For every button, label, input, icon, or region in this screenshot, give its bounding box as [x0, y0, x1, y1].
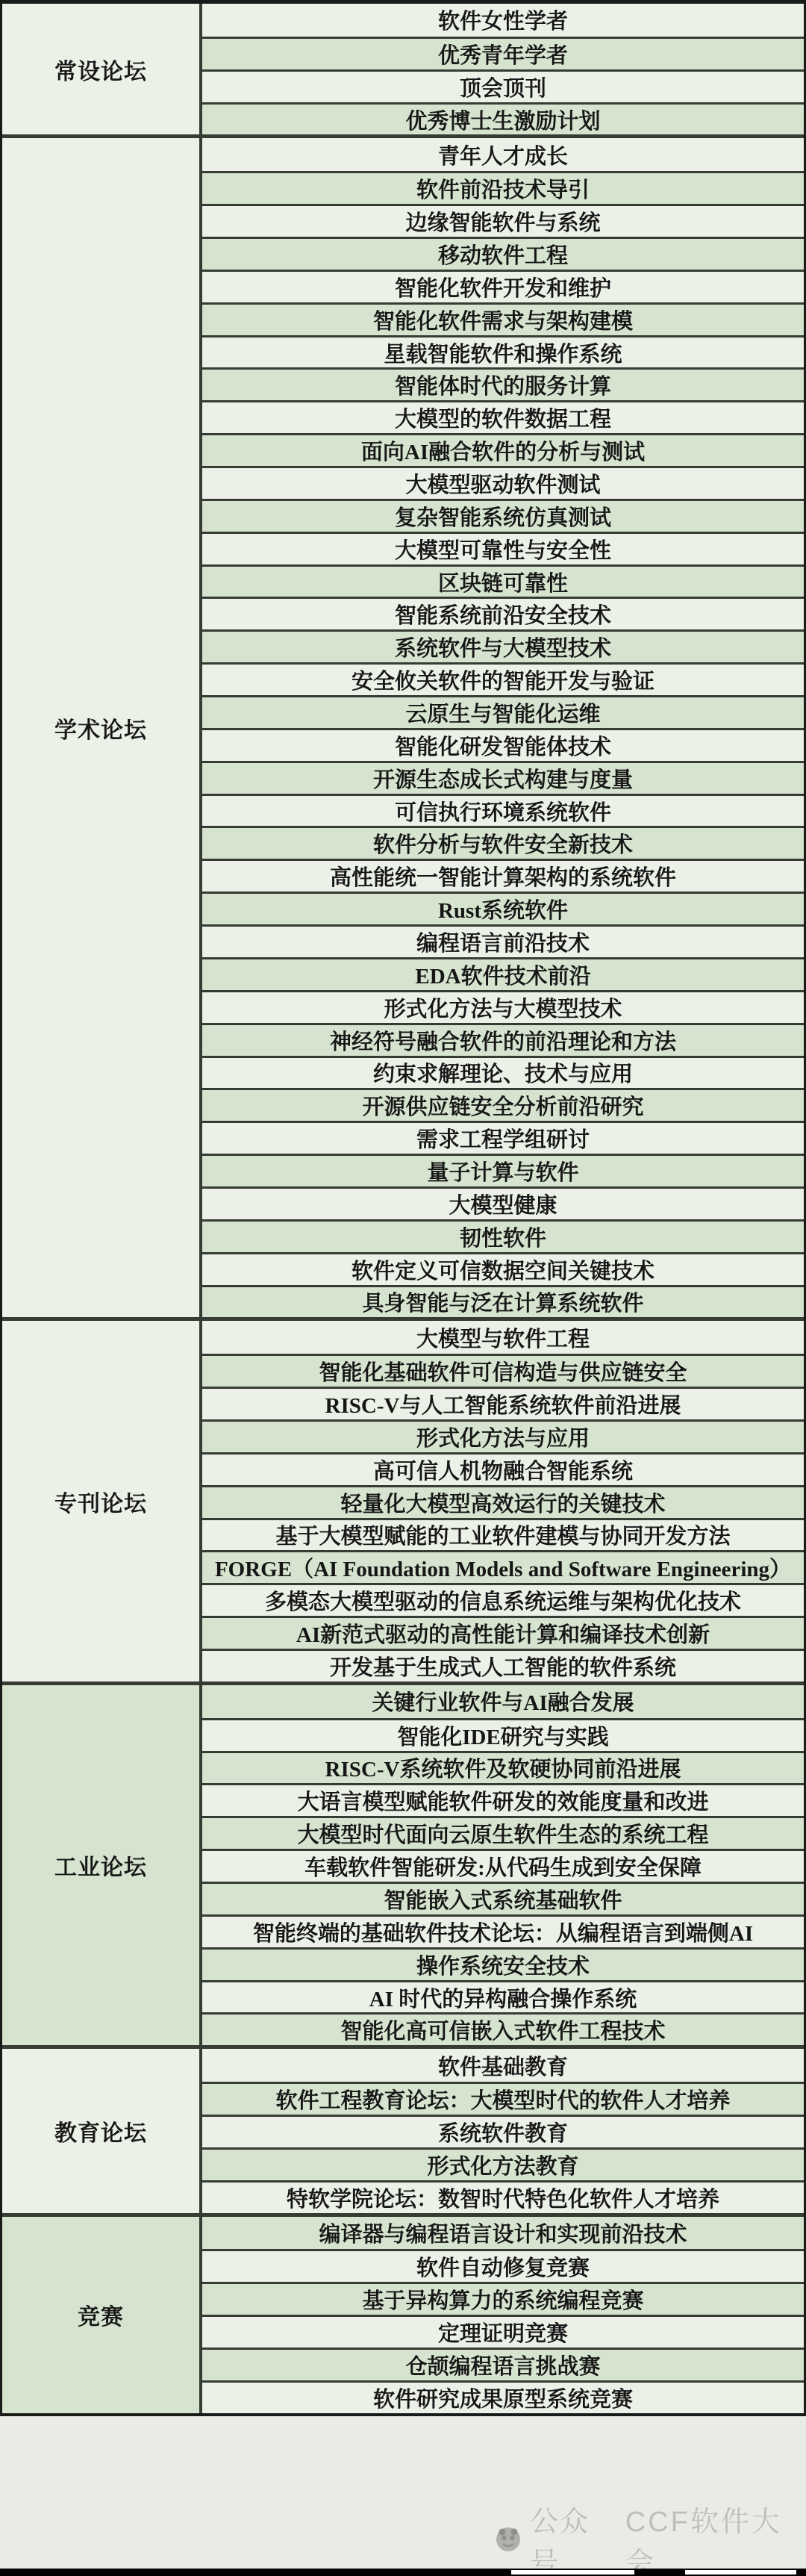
- forum-row: 大模型驱动软件测试: [202, 466, 804, 499]
- forum-row: 开源生态成长式构建与度量: [202, 761, 804, 794]
- forum-row: 星载智能软件和操作系统: [202, 335, 804, 368]
- forum-row: 软件定义可信数据空间关键技术: [202, 1252, 804, 1285]
- section-label: 竞赛: [2, 2217, 202, 2413]
- forum-row: 优秀青年学者: [202, 37, 804, 69]
- forum-section: 工业论坛关键行业软件与AI融合发展智能化IDE研究与实践RISC-V系统软件及软…: [2, 1681, 804, 2045]
- forum-row: 智能终端的基础软件技术论坛：从编程语言到端侧AI: [202, 1914, 804, 1947]
- watermark: 公众号 CCF软件大会: [496, 2522, 806, 2557]
- forum-row: 区块链可靠性: [202, 564, 804, 597]
- forum-row: 大模型时代面向云原生软件生态的系统工程: [202, 1816, 804, 1849]
- forum-row: 大模型的软件数据工程: [202, 400, 804, 433]
- forum-row: 定理证明竞赛: [202, 2315, 804, 2348]
- forum-row: 智能化高可信嵌入式软件工程技术: [202, 2012, 804, 2045]
- forum-row: 约束求解理论、技术与应用: [202, 1056, 804, 1089]
- forum-section: 常设论坛软件女性学者优秀青年学者顶会顶刊优秀博士生激励计划: [2, 4, 804, 134]
- forum-row: 需求工程学组研讨: [202, 1121, 804, 1154]
- forum-row: 具身智能与泛在计算系统软件: [202, 1285, 804, 1318]
- section-label: 专刊论坛: [2, 1321, 202, 1681]
- forum-row: 云原生与智能化运维: [202, 695, 804, 728]
- forum-row: 基于大模型赋能的工业软件建模与协同开发方法: [202, 1518, 804, 1551]
- forum-row: 大语言模型赋能软件研发的效能度量和改进: [202, 1783, 804, 1816]
- forum-row: 神经符号融合软件的前沿理论和方法: [202, 1023, 804, 1056]
- forum-row: 软件研究成果原型系统竞赛: [202, 2380, 804, 2413]
- wechat-official-account-icon: [496, 2527, 521, 2552]
- forum-row: 形式化方法与应用: [202, 1419, 804, 1452]
- forum-row: 仓颉编程语言挑战赛: [202, 2348, 804, 2380]
- forum-row: Rust系统软件: [202, 892, 804, 924]
- forum-row: 青年人才成长: [202, 138, 804, 171]
- forum-row: 编译器与编程语言设计和实现前沿技术: [202, 2217, 804, 2250]
- forum-row: 形式化方法教育: [202, 2147, 804, 2180]
- forum-row: 高可信人机物融合智能系统: [202, 1452, 804, 1485]
- forum-row: EDA软件技术前沿: [202, 957, 804, 990]
- watermark-brand-text: CCF软件大会: [625, 2498, 806, 2576]
- forum-row: 面向AI融合软件的分析与测试: [202, 433, 804, 466]
- forum-row: 系统软件与大模型技术: [202, 629, 804, 662]
- section-label: 学术论坛: [2, 138, 202, 1317]
- forum-row: 智能化基础软件可信构造与供应链安全: [202, 1354, 804, 1387]
- forum-row: 软件分析与软件安全新技术: [202, 826, 804, 859]
- forum-row: 操作系统安全技术: [202, 1947, 804, 1980]
- forum-row: 编程语言前沿技术: [202, 924, 804, 957]
- forum-row: 复杂智能系统仿真测试: [202, 499, 804, 532]
- forum-row: 安全攸关软件的智能开发与验证: [202, 662, 804, 695]
- bottom-bar-segment: [511, 2570, 634, 2575]
- forum-row: 软件基础教育: [202, 2049, 804, 2082]
- forum-row: 开发基于生成式人工智能的软件系统: [202, 1649, 804, 1681]
- forum-row: 关键行业软件与AI融合发展: [202, 1685, 804, 1718]
- forum-row: 软件女性学者: [202, 4, 804, 37]
- section-label: 教育论坛: [2, 2049, 202, 2212]
- forum-section: 教育论坛软件基础教育软件工程教育论坛：大模型时代的软件人才培养系统软件教育形式化…: [2, 2045, 804, 2212]
- forum-row: 多模态大模型驱动的信息系统运维与架构优化技术: [202, 1583, 804, 1616]
- forum-row: 高性能统一智能计算架构的系统软件: [202, 859, 804, 892]
- forum-row: 边缘智能软件与系统: [202, 204, 804, 237]
- forum-row: 开源供应链安全分析前沿研究: [202, 1088, 804, 1121]
- forum-row: FORGE（AI Foundation Models and Software …: [202, 1550, 804, 1583]
- forum-row: 顶会顶刊: [202, 69, 804, 102]
- forum-row: 移动软件工程: [202, 237, 804, 270]
- forum-section: 学术论坛青年人才成长软件前沿技术导引边缘智能软件与系统移动软件工程智能化软件开发…: [2, 134, 804, 1317]
- section-label: 工业论坛: [2, 1685, 202, 2045]
- forum-row: 软件自动修复竞赛: [202, 2249, 804, 2282]
- forum-section: 专刊论坛大模型与软件工程智能化基础软件可信构造与供应链安全RISC-V与人工智能…: [2, 1317, 804, 1681]
- forum-row: 智能系统前沿安全技术: [202, 597, 804, 629]
- forum-row: 量子计算与软件: [202, 1154, 804, 1186]
- forum-row: 大模型可靠性与安全性: [202, 532, 804, 564]
- forum-row: 智能体时代的服务计算: [202, 367, 804, 400]
- forum-row: 大模型健康: [202, 1186, 804, 1219]
- forum-row: 韧性软件: [202, 1219, 804, 1252]
- forum-row: 轻量化大模型高效运行的关键技术: [202, 1485, 804, 1518]
- forum-row: 基于异构算力的系统编程竞赛: [202, 2282, 804, 2315]
- forum-row: 形式化方法与大模型技术: [202, 990, 804, 1023]
- forum-row: 优秀博士生激励计划: [202, 102, 804, 135]
- forum-row: 软件工程教育论坛：大模型时代的软件人才培养: [202, 2082, 804, 2115]
- forum-row: 特软学院论坛：数智时代特色化软件人才培养: [202, 2180, 804, 2213]
- forum-row: RISC-V系统软件及软硬协同前沿进展: [202, 1751, 804, 1784]
- forum-row: 智能化软件需求与架构建模: [202, 302, 804, 335]
- forum-row: 系统软件教育: [202, 2115, 804, 2147]
- forum-row: 车载软件智能研发:从代码生成到安全保障: [202, 1849, 804, 1882]
- forum-section: 竞赛编译器与编程语言设计和实现前沿技术软件自动修复竞赛基于异构算力的系统编程竞赛…: [2, 2213, 804, 2413]
- forum-row: 智能嵌入式系统基础软件: [202, 1882, 804, 1914]
- forum-row: 智能化研发智能体技术: [202, 728, 804, 761]
- forum-row: AI新范式驱动的高性能计算和编译技术创新: [202, 1616, 804, 1649]
- forum-row: 智能化软件开发和维护: [202, 270, 804, 302]
- forum-row: 大模型与软件工程: [202, 1321, 804, 1354]
- forum-row: 软件前沿技术导引: [202, 171, 804, 204]
- bottom-bar: [0, 2569, 806, 2576]
- forum-schedule-table: 常设论坛软件女性学者优秀青年学者顶会顶刊优秀博士生激励计划学术论坛青年人才成长软…: [0, 0, 806, 2416]
- forum-row: 可信执行环境系统软件: [202, 794, 804, 827]
- section-label: 常设论坛: [2, 4, 202, 134]
- forum-row: RISC-V与人工智能系统软件前沿进展: [202, 1387, 804, 1419]
- forum-row: AI 时代的异构融合操作系统: [202, 1980, 804, 2013]
- bottom-bar-segment: [685, 2570, 796, 2575]
- watermark-account-label: 公众号: [530, 2498, 616, 2576]
- forum-row: 智能化IDE研究与实践: [202, 1718, 804, 1751]
